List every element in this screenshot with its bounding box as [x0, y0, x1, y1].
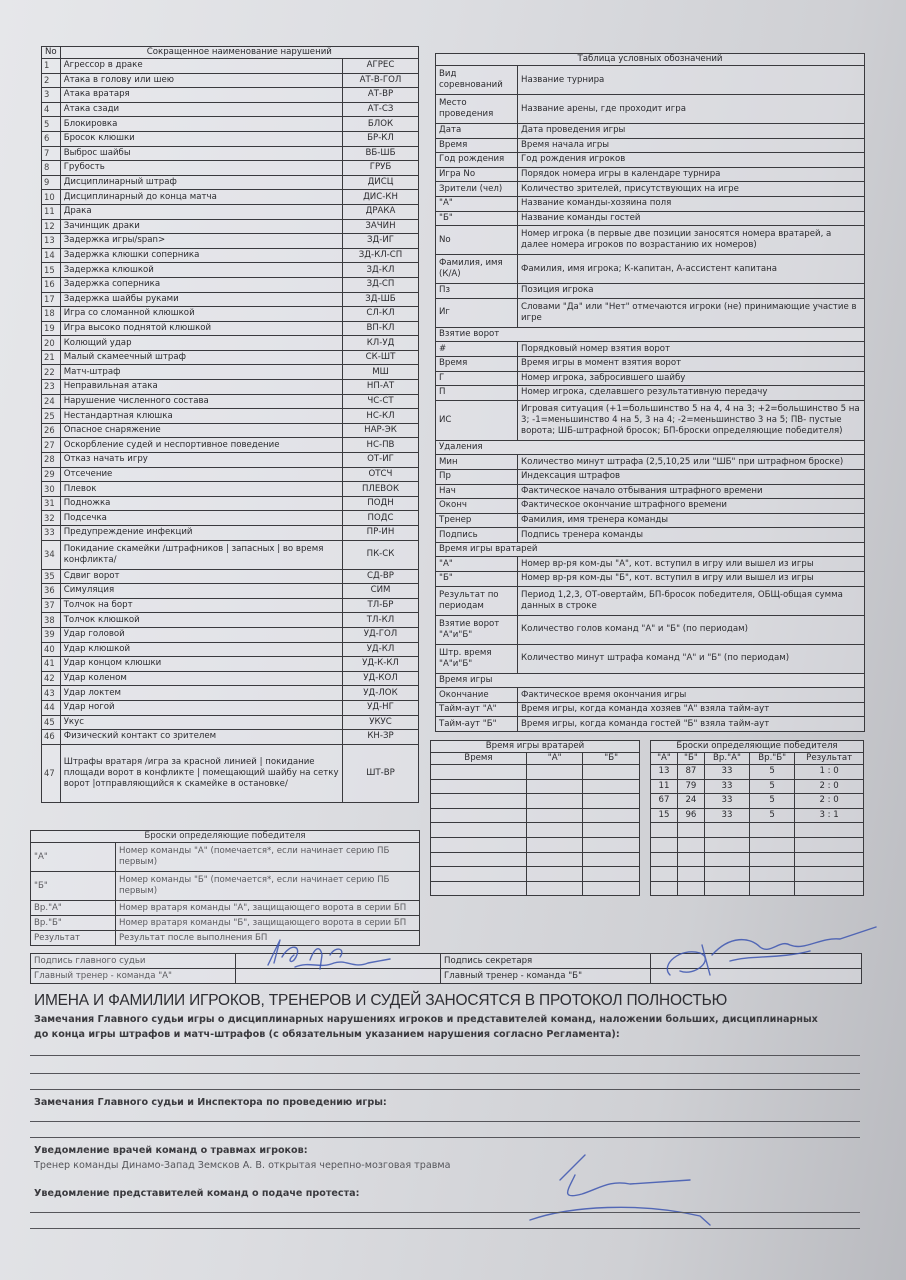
violation-name: Удар локтем	[60, 686, 342, 701]
shootout-row: 15963353 : 1	[651, 808, 864, 823]
violation-code: НАР-ЭК	[343, 423, 419, 438]
shootout-cell[interactable]	[704, 867, 749, 882]
shootout-row: 67243352 : 0	[651, 794, 864, 809]
violation-number: 25	[42, 409, 61, 424]
goalie-col-time: Время	[431, 753, 527, 765]
violation-name: Удар коленом	[60, 671, 342, 686]
col-header-no: No	[42, 47, 61, 59]
violation-row: 40Удар клюшкойУД-КЛ	[42, 642, 419, 657]
violation-code: ПК-СК	[343, 540, 419, 569]
violation-name: Нарушение численного состава	[60, 394, 342, 409]
legend-value: Игровая ситуация (+1=большинство 5 на 4,…	[518, 400, 865, 440]
violation-number: 34	[42, 540, 61, 569]
legend-table: Таблица условных обозначений Вид соревно…	[435, 53, 865, 732]
shootout-cell[interactable]	[750, 823, 795, 838]
violation-name: Атака вратаря	[60, 88, 342, 103]
violation-number: 29	[42, 467, 61, 482]
goalie-time-row	[431, 765, 640, 780]
violation-name: Грубость	[60, 161, 342, 176]
violation-name: Предупреждение инфекций	[60, 526, 342, 541]
legend-key: Г	[436, 371, 518, 386]
legend-row: Год рожденияГод рождения игроков	[436, 153, 865, 168]
shootout-result: 2 : 0	[795, 794, 864, 809]
goalie-time-cell[interactable]	[431, 852, 527, 867]
legend-value: Фактическое окончание штрафного времени	[518, 499, 865, 514]
inspector-line-2[interactable]	[30, 1137, 860, 1138]
legend-key: Вид соревнований	[436, 66, 518, 95]
shootout-goalie-b: 5	[750, 794, 795, 809]
violation-number: 6	[42, 131, 61, 146]
goalie-time-cell[interactable]	[583, 881, 640, 896]
legend-row: "А"Название команды-хозяина поля	[436, 196, 865, 211]
shootout-legend-value: Номер вратаря команды "А", защищающего в…	[116, 901, 420, 916]
violation-row: 39Удар головойУД-ГОЛ	[42, 627, 419, 642]
legend-key: Штр. время "А"и"Б"	[436, 644, 518, 673]
referee-remarks-label-2: до конца игры штрафов и матч-штрафов (с …	[34, 1029, 620, 1040]
violation-row: 20Колющий ударКЛ-УД	[42, 336, 419, 351]
goalie-time-cell[interactable]	[526, 837, 582, 852]
shootout-row: 11793352 : 0	[651, 779, 864, 794]
shootout-shooter-b: 79	[677, 779, 704, 794]
shootout-cell[interactable]	[651, 837, 678, 852]
violation-name: Дисциплинарный до конца матча	[60, 190, 342, 205]
shootout-cell[interactable]	[795, 867, 864, 882]
legend-value: Подпись тренера команды	[518, 528, 865, 543]
doctor-signature-scribble	[490, 1150, 730, 1230]
legend-value: Время начала игры	[518, 138, 865, 153]
shootout-shooter-b: 24	[677, 794, 704, 809]
goalie-time-cell[interactable]	[526, 794, 582, 809]
goalie-time-cell[interactable]	[526, 808, 582, 823]
violation-name: Удар концом клюшки	[60, 657, 342, 672]
violation-name: Бросок клюшки	[60, 131, 342, 146]
legend-section-row: Время игры вратарей	[436, 542, 865, 557]
shootout-result: 2 : 0	[795, 779, 864, 794]
legend-row: Фамилия, имя (К/А)Фамилия, имя игрока; К…	[436, 255, 865, 284]
violation-row: 44Удар ногойУД-НГ	[42, 700, 419, 715]
legend-row: Вид соревнованийНазвание турнира	[436, 66, 865, 95]
violation-number: 28	[42, 453, 61, 468]
violation-code: УКУС	[343, 715, 419, 730]
goalie-time-cell[interactable]	[431, 881, 527, 896]
violation-name: Отсечение	[60, 467, 342, 482]
legend-key: "Б"	[436, 211, 518, 226]
violation-number: 20	[42, 336, 61, 351]
legend-row: #Порядковый номер взятия ворот	[436, 342, 865, 357]
legend-value: Номер вр-ря ком-ды "Б", кот. вступил в и…	[518, 572, 865, 587]
violation-name: Физический контакт со зрителем	[60, 730, 342, 745]
violation-code: ЗД-ШБ	[343, 292, 419, 307]
shootout-legend-key: Вр."Б"	[31, 916, 116, 931]
violation-number: 5	[42, 117, 61, 132]
goalie-time-cell[interactable]	[431, 794, 527, 809]
violation-name: Задержка клюшкой	[60, 263, 342, 278]
legend-key: Подпись	[436, 528, 518, 543]
shootout-cell[interactable]	[750, 852, 795, 867]
goalie-time-title: Время игры вратарей	[431, 741, 640, 753]
violation-code: МШ	[343, 365, 419, 380]
violation-name: Сдвиг ворот	[60, 569, 342, 584]
violation-name: Плевок	[60, 482, 342, 497]
violation-code: ГРУБ	[343, 161, 419, 176]
violation-code: ЗАЧИН	[343, 219, 419, 234]
violation-number: 30	[42, 482, 61, 497]
legend-value: Количество минут штрафа команд "А" и "Б"…	[518, 644, 865, 673]
violation-number: 2	[42, 73, 61, 88]
goalie-time-row	[431, 779, 640, 794]
legend-row: ГНомер игрока, забросившего шайбу	[436, 371, 865, 386]
shootout-col-goalie-b: Вр."Б"	[750, 753, 795, 765]
shootout-cell[interactable]	[795, 823, 864, 838]
shootout-goalie-a: 33	[704, 779, 749, 794]
shootout-row: 13873351 : 0	[651, 765, 864, 780]
shootout-result: 3 : 1	[795, 808, 864, 823]
shootout-legend-key: Вр."А"	[31, 901, 116, 916]
violation-number: 39	[42, 627, 61, 642]
legend-key: Зрители (чел)	[436, 182, 518, 197]
goalie-time-cell[interactable]	[431, 779, 527, 794]
legend-row: ПзПозиция игрока	[436, 284, 865, 299]
legend-key: Мин	[436, 455, 518, 470]
shootout-cell[interactable]	[704, 881, 749, 896]
legend-value: Фамилия, имя тренера команды	[518, 513, 865, 528]
violation-number: 32	[42, 511, 61, 526]
violation-code: ПР-ИН	[343, 526, 419, 541]
goalie-time-row	[431, 808, 640, 823]
shootout-legend-value: Номер команды "Б" (помечается*, если нач…	[116, 872, 420, 901]
shootout-cell[interactable]	[677, 881, 704, 896]
shootout-legend-key: "А"	[31, 843, 116, 872]
violation-number: 23	[42, 380, 61, 395]
violation-row: 42Удар коленомУД-КОЛ	[42, 671, 419, 686]
violation-code: ЗД-СП	[343, 277, 419, 292]
shootout-legend-key: "Б"	[31, 872, 116, 901]
violation-code: ТЛ-КЛ	[343, 613, 419, 628]
shootout-legend-row: Вр."А"Номер вратаря команды "А", защищаю…	[31, 901, 420, 916]
violation-row: 1Агрессор в дракеАГРЕС	[42, 59, 419, 74]
goalie-time-cell[interactable]	[526, 852, 582, 867]
violation-name: Агрессор в драке	[60, 59, 342, 74]
goalie-time-cell[interactable]	[583, 852, 640, 867]
violation-code: ДИСЦ	[343, 175, 419, 190]
shootout-cell[interactable]	[704, 852, 749, 867]
goalie-time-cell[interactable]	[583, 779, 640, 794]
legend-row: МинКоличество минут штрафа (2,5,10,25 ил…	[436, 455, 865, 470]
violation-row: 34Покидание скамейки /штрафников | запас…	[42, 540, 419, 569]
head-referee-signature-label: Подпись главного судьи	[31, 954, 236, 969]
violation-row: 36СимуляцияСИМ	[42, 584, 419, 599]
legend-row: НачФактическое начало отбывания штрафног…	[436, 484, 865, 499]
goalie-time-table: Время игры вратарей Время "А" "Б"	[430, 740, 640, 896]
violation-code: УД-КЛ	[343, 642, 419, 657]
violation-row: 29ОтсечениеОТСЧ	[42, 467, 419, 482]
goalie-time-row	[431, 823, 640, 838]
violation-code: БР-КЛ	[343, 131, 419, 146]
shootout-cell[interactable]	[795, 881, 864, 896]
shootout-col-a: "А"	[651, 753, 678, 765]
violation-number: 37	[42, 598, 61, 613]
violation-row: 6Бросок клюшкиБР-КЛ	[42, 131, 419, 146]
violation-row: 7Выброс шайбыВБ-ШБ	[42, 146, 419, 161]
legend-value: Фамилия, имя игрока; К-капитан, А-ассист…	[518, 255, 865, 284]
referee-remarks-label-1: Замечания Главного судьи игры о дисципли…	[34, 1014, 818, 1025]
shootout-row-empty	[651, 881, 864, 896]
violation-row: 8ГрубостьГРУБ	[42, 161, 419, 176]
legend-value: Фактическое начало отбывания штрафного в…	[518, 484, 865, 499]
violation-number: 42	[42, 671, 61, 686]
violation-code: УД-К-КЛ	[343, 657, 419, 672]
legend-section-title: Время игры	[436, 673, 865, 688]
violation-number: 31	[42, 496, 61, 511]
violation-name: Нестандартная клюшка	[60, 409, 342, 424]
legend-section-title: Время игры вратарей	[436, 542, 865, 557]
shootout-row-empty	[651, 837, 864, 852]
legend-key: Пр	[436, 469, 518, 484]
goalie-time-cell[interactable]	[526, 765, 582, 780]
legend-row: ТренерФамилия, имя тренера команды	[436, 513, 865, 528]
violation-number: 13	[42, 234, 61, 249]
violation-name: Блокировка	[60, 117, 342, 132]
shootout-cell[interactable]	[651, 881, 678, 896]
shootout-cell[interactable]	[677, 852, 704, 867]
caps-heading: ИМЕНА И ФАМИЛИИ ИГРОКОВ, ТРЕНЕРОВ И СУДЕ…	[34, 992, 727, 1010]
violation-name: Удар ногой	[60, 700, 342, 715]
goalie-col-b: "Б"	[583, 753, 640, 765]
violation-row: 38Толчок клюшкойТЛ-КЛ	[42, 613, 419, 628]
goalie-time-cell[interactable]	[583, 837, 640, 852]
legend-key: #	[436, 342, 518, 357]
legend-value: Название турнира	[518, 66, 865, 95]
legend-row: Результат по периодамПериод 1,2,3, ОТ-ов…	[436, 586, 865, 615]
goalie-time-cell[interactable]	[583, 765, 640, 780]
violation-row: 16Задержка соперникаЗД-СП	[42, 277, 419, 292]
remarks-line-3[interactable]	[30, 1089, 860, 1090]
legend-row: ПрИндексация штрафов	[436, 469, 865, 484]
violation-name: Матч-штраф	[60, 365, 342, 380]
legend-key: ИС	[436, 400, 518, 440]
shootout-cell[interactable]	[750, 837, 795, 852]
shootout-cell[interactable]	[677, 867, 704, 882]
goalie-time-cell[interactable]	[526, 867, 582, 882]
legend-key: Взятие ворот "А"и"Б"	[436, 615, 518, 644]
violation-name: Зачинщик драки	[60, 219, 342, 234]
violation-number: 24	[42, 394, 61, 409]
violation-row: 35Сдвиг воротСД-ВР	[42, 569, 419, 584]
goalie-time-cell[interactable]	[431, 823, 527, 838]
violation-name: Задержка шайбы руками	[60, 292, 342, 307]
violation-name: Игра со сломанной клюшкой	[60, 307, 342, 322]
violation-row: 33Предупреждение инфекцийПР-ИН	[42, 526, 419, 541]
shootout-shooter-a: 13	[651, 765, 678, 780]
violation-row: 21Малый скамеечный штрафСК-ШТ	[42, 350, 419, 365]
legend-row: ПодписьПодпись тренера команды	[436, 528, 865, 543]
shootout-cell[interactable]	[651, 867, 678, 882]
violation-name: Подсечка	[60, 511, 342, 526]
coach-a-label: Главный тренер - команда "А"	[31, 969, 236, 984]
goalie-time-cell[interactable]	[431, 808, 527, 823]
goalie-time-row	[431, 837, 640, 852]
goalie-time-row	[431, 794, 640, 809]
violation-code: КН-ЗР	[343, 730, 419, 745]
violation-number: 35	[42, 569, 61, 584]
violation-row: 46Физический контакт со зрителемКН-ЗР	[42, 730, 419, 745]
violation-number: 8	[42, 161, 61, 176]
violation-row: 37Толчок на бортТЛ-БР	[42, 598, 419, 613]
shootout-goalie-b: 5	[750, 808, 795, 823]
violation-code: УД-ГОЛ	[343, 627, 419, 642]
protest-line-2[interactable]	[30, 1228, 860, 1229]
legend-key: Время	[436, 138, 518, 153]
goalie-time-cell[interactable]	[583, 808, 640, 823]
shootout-legend-key: Результат	[31, 931, 116, 946]
legend-key: Игра No	[436, 167, 518, 182]
shootout-cell[interactable]	[704, 837, 749, 852]
col-header-name: Сокращенное наименование нарушений	[60, 47, 418, 59]
violation-number: 14	[42, 248, 61, 263]
legend-row: ОкончаниеФактическое время окончания игр…	[436, 688, 865, 703]
goalie-time-cell[interactable]	[526, 881, 582, 896]
goalie-time-cell[interactable]	[583, 794, 640, 809]
goalie-time-row	[431, 867, 640, 882]
shootout-legend-row: "Б"Номер команды "Б" (помечается*, если …	[31, 872, 420, 901]
legend-value: Количество голов команд "А" и "Б" (по пе…	[518, 615, 865, 644]
shootout-goalie-a: 33	[704, 794, 749, 809]
violation-number: 19	[42, 321, 61, 336]
legend-value: Название команды-хозяина поля	[518, 196, 865, 211]
goalie-time-cell[interactable]	[431, 837, 527, 852]
legend-value: Время игры, когда команда хозяев "А" взя…	[518, 702, 865, 717]
shootout-cell[interactable]	[704, 823, 749, 838]
goalie-time-cell[interactable]	[431, 765, 527, 780]
legend-section-title: Взятие ворот	[436, 327, 865, 342]
violation-code: НП-АТ	[343, 380, 419, 395]
legend-value: Дата проведения игры	[518, 124, 865, 139]
violation-row: 15Задержка клюшкойЗД-КЛ	[42, 263, 419, 278]
shootout-shooter-a: 67	[651, 794, 678, 809]
legend-key: No	[436, 226, 518, 255]
goalie-col-a: "А"	[526, 753, 582, 765]
shootout-cell[interactable]	[677, 837, 704, 852]
shootout-shooter-b: 87	[677, 765, 704, 780]
legend-value: Количество зрителей, присутствующих на и…	[518, 182, 865, 197]
shootout-result: 1 : 0	[795, 765, 864, 780]
legend-value: Год рождения игроков	[518, 153, 865, 168]
violation-row: 28Отказ начать игруОТ-ИГ	[42, 453, 419, 468]
violation-name: Толчок клюшкой	[60, 613, 342, 628]
coach-b-label: Главный тренер - команда "Б"	[441, 969, 651, 984]
violation-row: 18Игра со сломанной клюшкойСЛ-КЛ	[42, 307, 419, 322]
violation-code: ОТСЧ	[343, 467, 419, 482]
violation-row: 17Задержка шайбы рукамиЗД-ШБ	[42, 292, 419, 307]
goalie-time-cell[interactable]	[431, 867, 527, 882]
violation-number: 11	[42, 204, 61, 219]
legend-row: Тайм-аут "Б"Время игры, когда команда го…	[436, 717, 865, 732]
violation-number: 9	[42, 175, 61, 190]
shootout-legend-table: Броски определяющие победителя "А"Номер …	[30, 830, 420, 946]
shootout-shooter-a: 15	[651, 808, 678, 823]
violation-number: 1	[42, 59, 61, 74]
legend-value: Номер игрока, забросившего шайбу	[518, 371, 865, 386]
legend-value: Порядковый номер взятия ворот	[518, 342, 865, 357]
shootout-shooter-a: 11	[651, 779, 678, 794]
violation-row: 30ПлевокПЛЕВОК	[42, 482, 419, 497]
shootout-legend-row: "А"Номер команды "А" (помечается*, если …	[31, 843, 420, 872]
goalie-time-cell[interactable]	[583, 823, 640, 838]
violation-code: АГРЕС	[343, 59, 419, 74]
violation-number: 15	[42, 263, 61, 278]
violation-row: 10Дисциплинарный до конца матчаДИС-КН	[42, 190, 419, 205]
goalie-time-cell[interactable]	[526, 779, 582, 794]
legend-key: "А"	[436, 196, 518, 211]
violation-number: 22	[42, 365, 61, 380]
inspector-remarks-label: Замечания Главного судьи и Инспектора по…	[34, 1097, 387, 1108]
violation-name: Удар клюшкой	[60, 642, 342, 657]
violation-row: 32ПодсечкаПОДС	[42, 511, 419, 526]
shootout-cell[interactable]	[677, 823, 704, 838]
legend-key: Дата	[436, 124, 518, 139]
goalie-time-cell[interactable]	[583, 867, 640, 882]
legend-value: Номер вр-ря ком-ды "А", кот. вступил в и…	[518, 557, 865, 572]
violation-row: 45УкусУКУС	[42, 715, 419, 730]
violation-row: 26Опасное снаряжениеНАР-ЭК	[42, 423, 419, 438]
violation-number: 33	[42, 526, 61, 541]
shootout-row-empty	[651, 852, 864, 867]
legend-key: Окончание	[436, 688, 518, 703]
violation-code: УД-НГ	[343, 700, 419, 715]
legend-row: ИгСловами "Да" или "Нет" отмечаются игро…	[436, 298, 865, 327]
violation-row: 24Нарушение численного составаЧС-СТ	[42, 394, 419, 409]
protest-line-1[interactable]	[30, 1212, 860, 1213]
violation-name: Атака в голову или шею	[60, 73, 342, 88]
goalie-time-cell[interactable]	[526, 823, 582, 838]
violation-name: Толчок на борт	[60, 598, 342, 613]
shootout-cell[interactable]	[750, 881, 795, 896]
violation-code: БЛОК	[343, 117, 419, 132]
violation-number: 47	[42, 744, 61, 802]
violation-row: 23Неправильная атакаНП-АТ	[42, 380, 419, 395]
shootout-col-b: "Б"	[677, 753, 704, 765]
violation-name: Атака сзади	[60, 102, 342, 117]
legend-value: Название арены, где проходит игра	[518, 95, 865, 124]
shootout-legend-title: Броски определяющие победителя	[31, 831, 420, 843]
violation-row: 14Задержка клюшки соперникаЗД-КЛ-СП	[42, 248, 419, 263]
secretary-signature-scribble	[640, 925, 880, 985]
violation-number: 38	[42, 613, 61, 628]
shootout-cell[interactable]	[795, 837, 864, 852]
violation-name: Отказ начать игру	[60, 453, 342, 468]
violation-name: Удар головой	[60, 627, 342, 642]
violation-name: Выброс шайбы	[60, 146, 342, 161]
legend-row: ВремяВремя начала игры	[436, 138, 865, 153]
violation-code: УД-ЛОК	[343, 686, 419, 701]
remarks-line-2[interactable]	[30, 1073, 860, 1074]
legend-value: Порядок номера игры в календаре турнира	[518, 167, 865, 182]
legend-key: "А"	[436, 557, 518, 572]
violation-row: 47Штрафы вратаря /игра за красной линией…	[42, 744, 419, 802]
legend-key: Фамилия, имя (К/А)	[436, 255, 518, 284]
shootout-cell[interactable]	[651, 823, 678, 838]
inspector-line-1[interactable]	[30, 1121, 860, 1122]
shootout-cell[interactable]	[750, 867, 795, 882]
legend-key: П	[436, 386, 518, 401]
shootout-cell[interactable]	[651, 852, 678, 867]
violation-code: ВБ-ШБ	[343, 146, 419, 161]
shootout-legend-value: Номер вратаря команды "Б", защищающего в…	[116, 916, 420, 931]
remarks-line-1[interactable]	[30, 1055, 860, 1056]
shootout-goalie-a: 33	[704, 808, 749, 823]
legend-key: "Б"	[436, 572, 518, 587]
shootout-cell[interactable]	[795, 852, 864, 867]
